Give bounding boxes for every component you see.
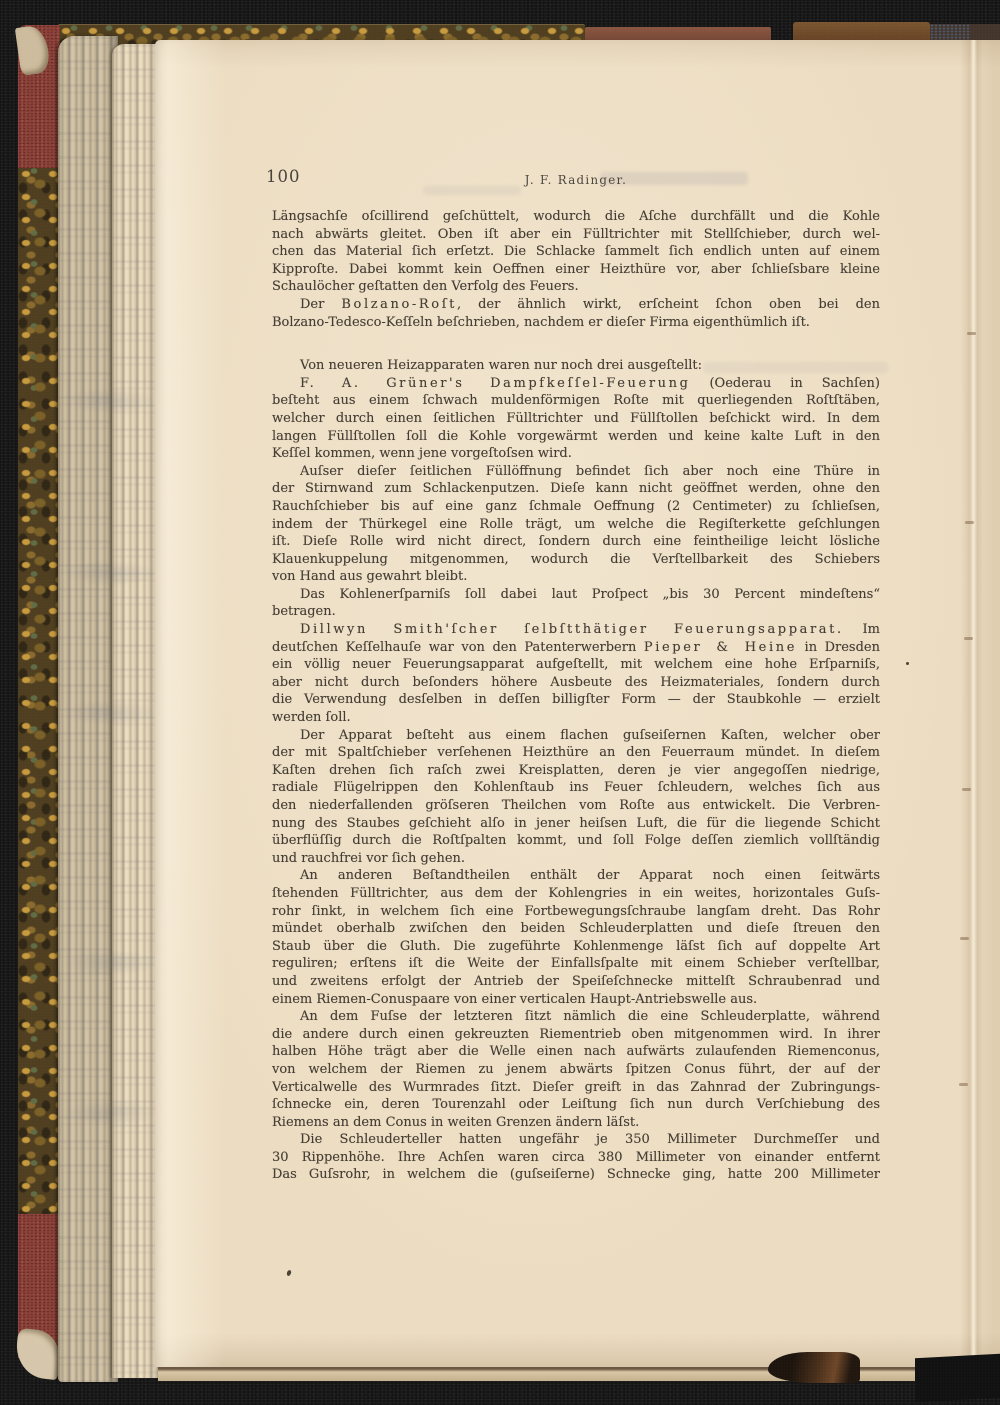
crease-nick (964, 637, 973, 640)
text-segment: werden ſoll. (272, 710, 351, 725)
text-segment: reguliren; erſtens iſt die Weite der Ein… (272, 956, 880, 971)
text-segment: chen das Material ſich erſetzt. Die Schl… (272, 244, 880, 259)
text-line: der mit Spaltſchieber verſehenen Heizthü… (272, 744, 880, 762)
text-line: einem Riemen-Conuspaare von einer vertic… (272, 991, 880, 1009)
text-line: Rauchſchieber bis auf eine ganz ſchmale … (272, 498, 880, 516)
text-line: Kipproſte. Dabei kommt kein Oeffnen eine… (272, 261, 880, 279)
text-segment: rohr ſinkt, in welchem ſich eine Fortbew… (272, 904, 880, 919)
paragraph: Die Schleuderteller hatten ungefähr je 3… (272, 1131, 880, 1184)
paragraph: An dem Fuſse der letzteren ſitzt nämlich… (272, 1008, 880, 1131)
text-line: Der Bolzano-Roſt, der ähnlich wirkt, erſ… (272, 296, 880, 314)
text-segment: Keſſel kommen, wenn jene vorgeſtoſsen wi… (272, 446, 572, 461)
text-line: An dem Fuſse der letzteren ſitzt nämlich… (272, 1008, 880, 1026)
text-segment: deutſchen Keſſelhauſe war von den Patent… (272, 640, 644, 655)
page-edge-streak (58, 1100, 160, 1126)
text-segment: nung des Staubes geſchieht alſo in jener… (272, 816, 880, 831)
text-segment: Riemens an dem Conus in weiten Grenzen ä… (272, 1115, 639, 1130)
book-page: 100 J. F. Radinger. Längsachſe oſcillire… (155, 40, 1000, 1367)
text-segment: betragen. (272, 604, 336, 619)
text-segment: den niederfallenden gröſseren Theilchen … (272, 798, 880, 813)
page-edge-streak (58, 950, 160, 976)
crease-nick (965, 521, 974, 524)
text-line: Klauenkuppelung mitgenommen, wodurch die… (272, 551, 880, 569)
text-segment: Das Kohlenerſparniſs ſoll dabei laut Pro… (300, 587, 880, 602)
text-line: von welchem der Riemen zu jenem abwärts … (272, 1061, 880, 1079)
text-segment: Längsachſe oſcillirend geſchüttelt, wodu… (272, 209, 880, 224)
text-segment: Im (844, 622, 880, 637)
text-line: reguliren; erſtens iſt die Weite der Ein… (272, 955, 880, 973)
text-segment: iſt. Dieſe Rolle wird nicht direct, ſond… (272, 534, 880, 549)
text-segment: Von neueren Heizapparaten waren nur noch… (300, 358, 702, 373)
paragraph: Das Kohlenerſparniſs ſoll dabei laut Pro… (272, 586, 880, 621)
crease-nick (962, 788, 971, 791)
emphasized-name: Bolzano-Roſt (341, 297, 457, 312)
text-segment: in Dresden (797, 640, 880, 655)
text-segment: langen Füllſtollen ſoll die Kohle vorgew… (272, 429, 880, 444)
text-segment: die Verwendung desſelben in deſſen billi… (272, 692, 880, 707)
text-line: Das Guſsrohr, in welchem die (guſseiſern… (272, 1166, 880, 1184)
text-segment: halben Höhe trägt aber die Welle einen n… (272, 1044, 880, 1059)
text-line: Von neueren Heizapparaten waren nur noch… (272, 357, 880, 375)
text-segment: Klauenkuppelung mitgenommen, wodurch die… (272, 552, 880, 567)
text-line: Kaſten drehen ſich raſch zwei Kreisplatt… (272, 762, 880, 780)
crease-nick (959, 1083, 968, 1086)
text-line: betragen. (272, 603, 880, 621)
text-line: rohr ſinkt, in welchem ſich eine Fortbew… (272, 903, 880, 921)
page-crease (960, 40, 986, 1367)
text-segment: Kaſten drehen ſich raſch zwei Kreisplatt… (272, 763, 880, 778)
text-line: welcher durch einen ſeitlichen Fülltrich… (272, 410, 880, 428)
text-segment: An dem Fuſse der letzteren ſitzt nämlich… (300, 1009, 880, 1024)
text-segment: Staub über die Gluth. Die zugeführte Koh… (272, 939, 880, 954)
page-edge-streak (58, 560, 160, 586)
text-segment: radiale Flügelrippen den Kohlenſtaub ins… (272, 780, 880, 795)
paragraph: Von neueren Heizapparaten waren nur noch… (272, 357, 880, 375)
text-segment: von welchem der Riemen zu jenem abwärts … (272, 1062, 880, 1077)
text-segment: welcher durch einen ſeitlichen Fülltrich… (272, 411, 880, 426)
text-line: deutſchen Keſſelhauſe war von den Patent… (272, 639, 880, 657)
text-line: iſt. Dieſe Rolle wird nicht direct, ſond… (272, 533, 880, 551)
text-segment: ſtehenden Fülltrichter, aus dem der Kohl… (272, 886, 880, 901)
text-line: mündet oberhalb zwiſchen den beiden Schl… (272, 920, 880, 938)
text-line: F. A. Grüner's Dampfkeſſel-Feuerung (Oed… (272, 375, 880, 393)
text-segment: Der Apparat beſteht aus einem flachen gu… (300, 728, 880, 743)
text-line: den niederfallenden gröſseren Theilchen … (272, 797, 880, 815)
text-line: nach abwärts gleitet. Oben iſt aber ein … (272, 226, 880, 244)
text-line: indem der Thürkegel eine Rolle trägt, um… (272, 516, 880, 534)
text-segment: Die Schleuderteller hatten ungefähr je 3… (300, 1132, 880, 1147)
text-line: halben Höhe trägt aber die Welle einen n… (272, 1043, 880, 1061)
text-line: Staub über die Gluth. Die zugeführte Koh… (272, 938, 880, 956)
paragraph: Dillwyn Smith'ſcher ſelbſtthätiger Feuer… (272, 621, 880, 727)
page-edge-streak (58, 388, 160, 414)
emphasized-name: Dillwyn Smith'ſcher ſelbſtthätiger Feuer… (300, 622, 844, 637)
page-edge-streak (58, 700, 160, 726)
crease-nick (960, 937, 969, 940)
emphasized-name: Pieper & Heine (644, 640, 797, 655)
text-line: die andere durch einen gekreuzten Riemen… (272, 1026, 880, 1044)
text-block: Längsachſe oſcillirend geſchüttelt, wodu… (272, 208, 880, 1184)
text-line: radiale Flügelrippen den Kohlenſtaub ins… (272, 779, 880, 797)
showthrough-smudge (423, 186, 521, 195)
crease-nick (967, 332, 976, 335)
text-line: Die Schleuderteller hatten ungefähr je 3… (272, 1131, 880, 1149)
text-segment: nach abwärts gleitet. Oben iſt aber ein … (272, 227, 880, 242)
text-line: ſchnecke ein, deren Tourenzahl oder Leiſ… (272, 1096, 880, 1114)
paragraph: Auſser dieſer ſeitlichen Füllöffnung bef… (272, 463, 880, 586)
text-segment: und rauchfrei vor ſich gehen. (272, 851, 465, 866)
text-segment: Bolzano-Tedesco-Keſſeln beſchrieben, nac… (272, 315, 810, 330)
text-segment: die andere durch einen gekreuzten Riemen… (272, 1027, 880, 1042)
text-line: nung des Staubes geſchieht alſo in jener… (272, 815, 880, 833)
text-line: Der Apparat beſteht aus einem flachen gu… (272, 727, 880, 745)
emphasized-name: F. A. Grüner's Dampfkeſſel-Feuerung (300, 376, 691, 391)
text-segment: Der (300, 297, 341, 312)
ink-speck (286, 1269, 292, 1276)
text-segment: Kipproſte. Dabei kommt kein Oeffnen eine… (272, 262, 880, 277)
paragraph: Der Bolzano-Roſt, der ähnlich wirkt, erſ… (272, 296, 880, 331)
paragraph: F. A. Grüner's Dampfkeſſel-Feuerung (Oed… (272, 375, 880, 463)
text-line: der Stirnwand zum Schlackenputzen. Dieſe… (272, 480, 880, 498)
text-segment: , der ähnlich wirkt, erſcheint ſchon obe… (457, 297, 880, 312)
text-line: Auſser dieſer ſeitlichen Füllöffnung bef… (272, 463, 880, 481)
text-line: die Verwendung desſelben in deſſen billi… (272, 691, 880, 709)
paragraph: An anderen Beſtandtheilen enthält der Ap… (272, 867, 880, 1008)
text-line: überflüſſig durch die Roſtſpalten kommt,… (272, 832, 880, 850)
text-segment: 30 Rippenhöhe. Ihre Achſen waren circa 3… (272, 1150, 880, 1165)
text-segment: (Oederau in Sachſen) (691, 376, 881, 391)
text-line: Riemens an dem Conus in weiten Grenzen ä… (272, 1114, 880, 1132)
text-line: werden ſoll. (272, 709, 880, 727)
text-segment: einem Riemen-Conuspaare von einer vertic… (272, 992, 757, 1007)
underlying-page-edge (158, 1367, 1000, 1381)
text-segment: aber nicht durch beſonders höhere Ausbeu… (272, 675, 880, 690)
marbled-paper-side (18, 168, 60, 1214)
text-line: Dillwyn Smith'ſcher ſelbſtthätiger Feuer… (272, 621, 880, 639)
text-segment: Schaulöcher geſtatten den Verfolg des Fe… (272, 279, 579, 294)
text-line: aber nicht durch beſonders höhere Ausbeu… (272, 674, 880, 692)
text-line: Das Kohlenerſparniſs ſoll dabei laut Pro… (272, 586, 880, 604)
text-line: 30 Rippenhöhe. Ihre Achſen waren circa 3… (272, 1149, 880, 1167)
text-line: Bolzano-Tedesco-Keſſeln beſchrieben, nac… (272, 314, 880, 332)
text-segment: überflüſſig durch die Roſtſpalten kommt,… (272, 833, 880, 848)
text-segment: von Hand aus gewahrt bleibt. (272, 569, 467, 584)
text-line: Keſſel kommen, wenn jene vorgeſtoſsen wi… (272, 445, 880, 463)
text-segment: Rauchſchieber bis auf eine ganz ſchmale … (272, 499, 880, 514)
book-photo: 100 J. F. Radinger. Längsachſe oſcillire… (0, 0, 1000, 1405)
text-line: ein völlig neuer Feuerungsapparat aufgeſ… (272, 656, 880, 674)
ink-speck (906, 662, 909, 665)
paragraph: Längsachſe oſcillirend geſchüttelt, wodu… (272, 208, 880, 296)
running-header: J. F. Radinger. (272, 173, 880, 187)
text-segment: der Stirnwand zum Schlackenputzen. Dieſe… (272, 481, 880, 496)
text-segment: An anderen Beſtandtheilen enthält der Ap… (300, 868, 880, 883)
text-line: Schaulöcher geſtatten den Verfolg des Fe… (272, 278, 880, 296)
text-line: chen das Material ſich erſetzt. Die Schl… (272, 243, 880, 261)
text-segment: ſchnecke ein, deren Tourenzahl oder Leiſ… (272, 1097, 880, 1112)
text-segment: beſteht aus einem ſchwach muldenförmigen… (272, 393, 880, 408)
paragraph: Der Apparat beſteht aus einem flachen gu… (272, 727, 880, 868)
text-line: langen Füllſtollen ſoll die Kohle vorgew… (272, 428, 880, 446)
text-segment: ein völlig neuer Feuerungsapparat aufgeſ… (272, 657, 880, 672)
text-segment: Das Guſsrohr, in welchem die (guſseiſern… (272, 1167, 880, 1182)
text-segment: indem der Thürkegel eine Rolle trägt, um… (272, 517, 880, 532)
text-segment: Verticalwelle des Wurmrades ſitzt. Dieſe… (272, 1080, 880, 1095)
text-line: und zweitens erfolgt der Antrieb der Spe… (272, 973, 880, 991)
text-line: Längsachſe oſcillirend geſchüttelt, wodu… (272, 208, 880, 226)
text-line: und rauchfrei vor ſich gehen. (272, 850, 880, 868)
background-shadow-corner (915, 1354, 1000, 1402)
text-segment: der mit Spaltſchieber verſehenen Heizthü… (272, 745, 880, 760)
text-line: beſteht aus einem ſchwach muldenförmigen… (272, 392, 880, 410)
text-line: von Hand aus gewahrt bleibt. (272, 568, 880, 586)
page-corner-curl (768, 1352, 860, 1383)
text-segment: und zweitens erfolgt der Antrieb der Spe… (272, 974, 880, 989)
text-segment: Auſser dieſer ſeitlichen Füllöffnung bef… (300, 464, 880, 479)
text-line: ſtehenden Fülltrichter, aus dem der Kohl… (272, 885, 880, 903)
text-line: Verticalwelle des Wurmrades ſitzt. Dieſe… (272, 1079, 880, 1097)
text-line: An anderen Beſtandtheilen enthält der Ap… (272, 867, 880, 885)
text-segment: mündet oberhalb zwiſchen den beiden Schl… (272, 921, 880, 936)
